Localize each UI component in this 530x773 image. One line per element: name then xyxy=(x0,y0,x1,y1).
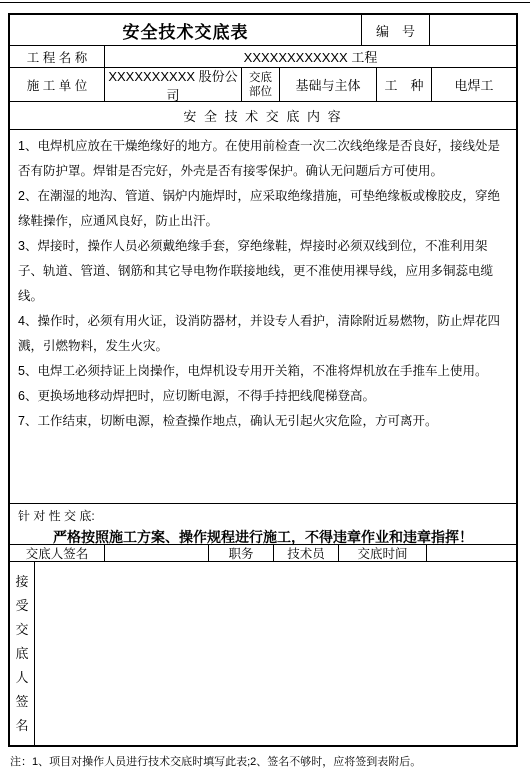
duty-label: 职务 xyxy=(209,545,274,561)
construction-unit-row: 施 工 单 位 XXXXXXXXXX 股份公司 交底部位 基础与主体 工 种 电… xyxy=(10,68,516,102)
discloser-signature-field[interactable] xyxy=(105,545,209,561)
disclosure-part-value: 基础与主体 xyxy=(280,68,377,101)
targeted-disclosure-label: 针 对 性 交 底: xyxy=(18,507,508,524)
construction-unit-label: 施 工 单 位 xyxy=(10,68,105,101)
project-name-row: 工 程 名 称 XXXXXXXXXXXX 工程 xyxy=(10,46,516,68)
content-header-row: 安 全 技 术 交 底 内 容 xyxy=(10,102,516,130)
content-item-5: 5、电焊工必须持证上岗操作，电焊机设专用开关箱，不准将焊机放在手推车上使用。 xyxy=(18,359,508,384)
serial-number-label: 编 号 xyxy=(362,15,430,45)
title-row: 安全技术交底表 编 号 xyxy=(10,15,516,46)
disclosure-time-label: 交底时间 xyxy=(339,545,427,561)
form-title: 安全技术交底表 xyxy=(10,15,362,45)
content-item-3: 3、焊接时，操作人员必须戴绝缘手套，穿绝缘鞋，焊接时必须双线到位，不准利用架子、… xyxy=(18,234,508,309)
serial-number-field[interactable] xyxy=(430,15,516,45)
footnote: 注：1、项目对操作人员进行技术交底时填写此表;2、签名不够时，应将签到表附后。 xyxy=(10,753,522,769)
receiver-signature-label: 接受交底人签名 xyxy=(10,562,35,745)
work-type-value: 电焊工 xyxy=(432,68,516,101)
targeted-disclosure-slogan: 严格按照施工方案、操作规程进行施工，不得违章作业和违章指挥！ xyxy=(18,527,508,547)
duty-value: 技术员 xyxy=(274,545,339,561)
content-item-7: 7、工作结束，切断电源，检查操作地点，确认无引起火灾危险，方可离开。 xyxy=(18,409,508,434)
disclosure-content-cell: 1、电焊机应放在干燥绝缘好的地方。在使用前检查一次二次线绝缘是否良好，接线处是否… xyxy=(10,130,516,504)
content-item-2: 2、在潮湿的地沟、管道、锅炉内施焊时，应采取绝缘措施，可垫绝缘板或橡胶皮，穿绝缘… xyxy=(18,184,508,234)
content-item-1: 1、电焊机应放在干燥绝缘好的地方。在使用前检查一次二次线绝缘是否良好，接线处是否… xyxy=(18,134,508,184)
disclosure-time-field[interactable] xyxy=(427,545,516,561)
top-rule-divider xyxy=(0,2,530,3)
safety-disclosure-form: 安全技术交底表 编 号 工 程 名 称 XXXXXXXXXXXX 工程 施 工 … xyxy=(8,13,518,747)
targeted-disclosure-row: 针 对 性 交 底: 严格按照施工方案、操作规程进行施工，不得违章作业和违章指挥… xyxy=(10,504,516,545)
content-header: 安 全 技 术 交 底 内 容 xyxy=(10,102,516,129)
project-name-value: XXXXXXXXXXXX 工程 xyxy=(105,46,516,67)
content-item-6: 6、更换场地移动焊把时，应切断电源，不得手持把线爬梯登高。 xyxy=(18,384,508,409)
project-name-label: 工 程 名 称 xyxy=(10,46,105,67)
receiver-signature-area[interactable] xyxy=(35,562,516,745)
discloser-signature-row: 交底人签名 职务 技术员 交底时间 xyxy=(10,545,516,562)
receiver-signature-row: 接受交底人签名 xyxy=(10,562,516,745)
content-item-4: 4、操作时，必须有用火证，设消防器材，并设专人看护，清除附近易燃物，防止焊花四溅… xyxy=(18,309,508,359)
discloser-signature-label: 交底人签名 xyxy=(10,545,105,561)
construction-unit-value: XXXXXXXXXX 股份公司 xyxy=(105,68,242,101)
disclosure-part-label: 交底部位 xyxy=(242,68,280,101)
work-type-label: 工 种 xyxy=(377,68,432,101)
